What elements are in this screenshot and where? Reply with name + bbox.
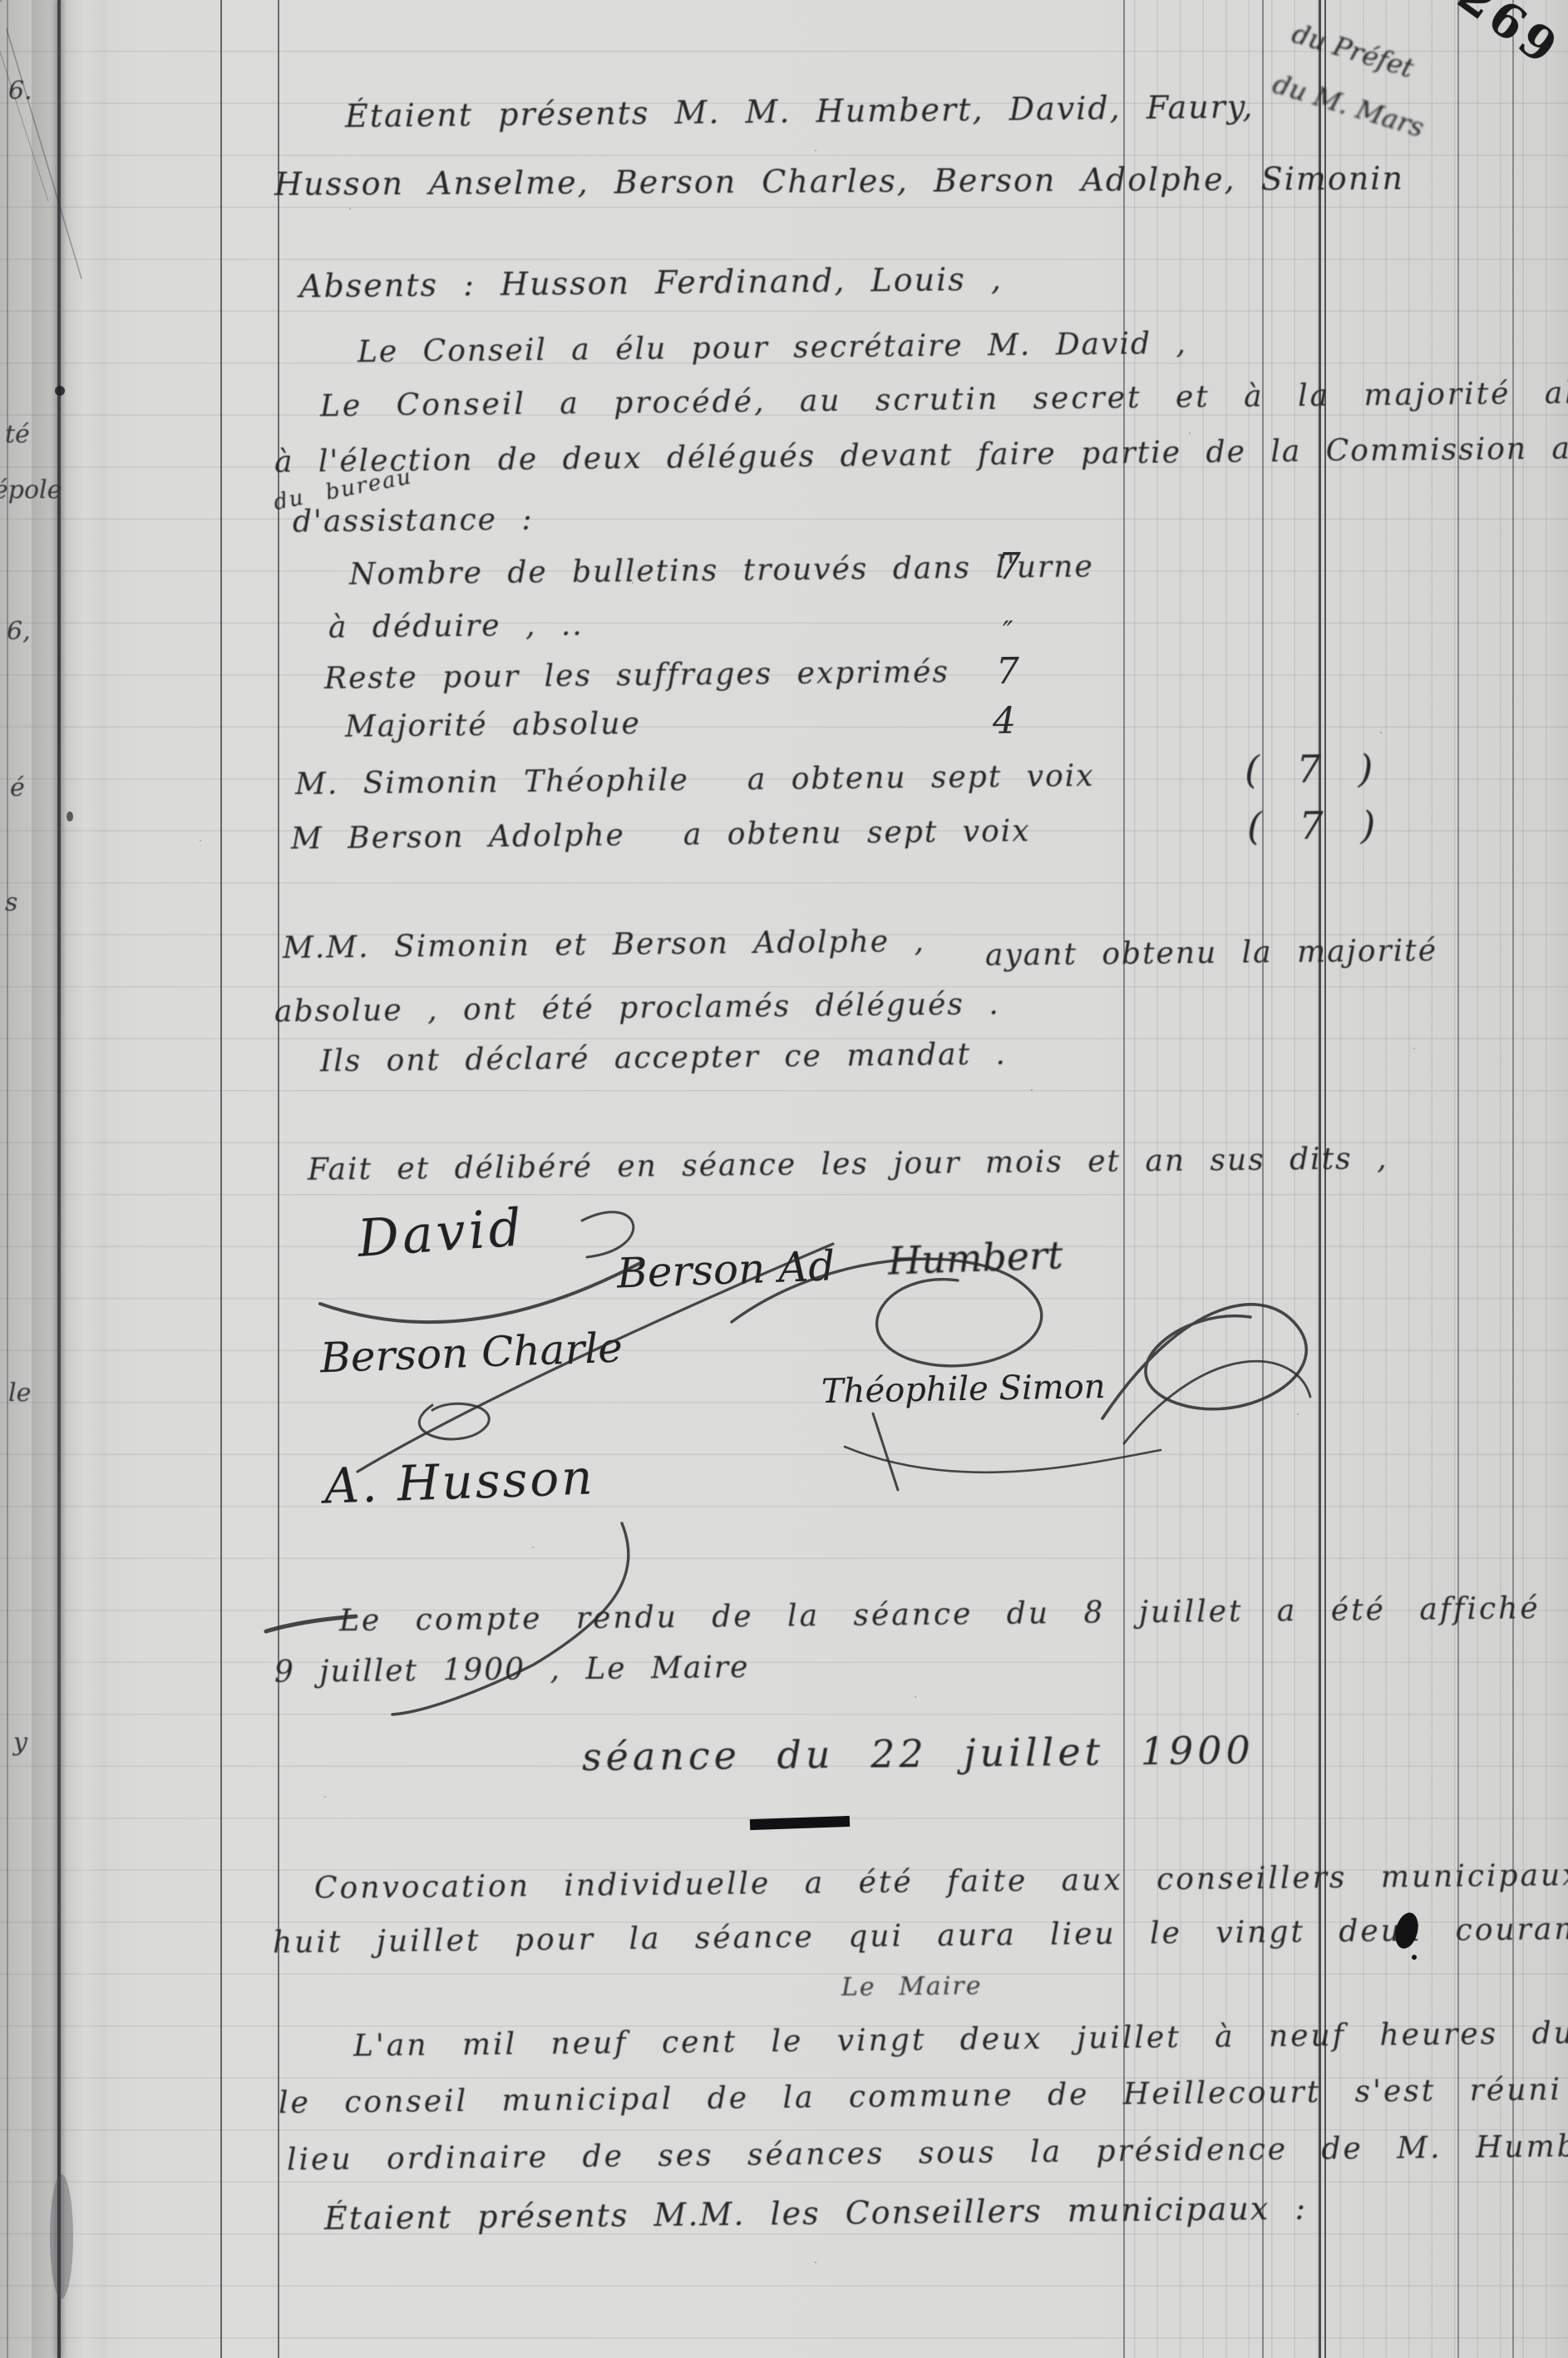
page-number: 269 [1447, 0, 1568, 77]
binding-crease [57, 0, 61, 2358]
manuscript-line-ballot-intro-1: Le Conseil a procédé, au scrutin secret … [320, 372, 1568, 424]
tally-value-majorite: 4 [993, 700, 1018, 742]
signature-flourish-berson-charles [419, 1403, 489, 1439]
manuscript-line-present-2: Husson Anselme, Berson Charles, Berson A… [274, 160, 1404, 202]
signature-berson-adolphe: Berson Ad [616, 1241, 836, 1297]
manuscript-line-secretary: Le Conseil a élu pour secrétaire M. Davi… [357, 327, 1187, 369]
manuscript-line-opening-2: le conseil municipal de la commune de He… [279, 2071, 1568, 2120]
right-double-rule-b [1324, 0, 1326, 2358]
tally-value-reste: 7 [996, 650, 1022, 693]
candidate-name: M. Simonin Théophile [295, 763, 689, 802]
tally-label-reste: Reste pour les suffrages exprimés [324, 655, 949, 696]
ink-blot-satellite [1412, 1955, 1417, 1960]
right-column-rule-4 [1512, 0, 1514, 2358]
manuscript-line-posting-2: 9 juillet 1900 , Le Maire [274, 1650, 750, 1690]
signature-flourish-david [320, 1262, 642, 1322]
signature-theophile-simonin: Théophile Simon [821, 1368, 1106, 1411]
result-line-simonin: M. Simonin Théophilea obtenu sept voix [295, 759, 1095, 802]
signature-david: David [356, 1196, 527, 1269]
margin-fragment: 6, [7, 617, 31, 646]
tally-label-deduire: à déduire , .. [328, 608, 584, 644]
result-text: a obtenu sept voix [747, 759, 1095, 797]
signature-berson-charles: Berson Charle [319, 1324, 624, 1383]
left-margin-rule-1 [220, 0, 222, 2358]
result-votes-berson: ( 7 ) [1247, 802, 1388, 849]
tally-value-deduire: ″ [1003, 615, 1015, 649]
margin-note-line1: du Préfet [1289, 17, 1418, 84]
signature-paraph-scribble [1102, 1305, 1306, 1418]
paper-specks [0, 0, 2, 2]
result-votes-simonin: ( 7 ) [1245, 746, 1385, 792]
binding-shadow [32, 0, 106, 2358]
manuscript-line-opening-4: Étaient présents M.M. les Conseillers mu… [324, 2190, 1308, 2237]
manuscript-line-absents: Absents : Husson Ferdinand, Louis , [299, 261, 1003, 305]
result-line-berson: M Berson Adolphea obtenu sept voix [291, 814, 1031, 856]
manuscript-line-proclamation-2: absolue , ont été proclamés délégués . [274, 987, 1000, 1029]
margin-fragment: 6. [8, 76, 32, 106]
margin-fragment: é [10, 773, 25, 802]
right-double-rule-a [1319, 0, 1321, 2358]
signature-humbert: Humbert [887, 1232, 1063, 1283]
manuscript-line-proclamation-1: M.M. Simonin et Berson Adolphe , [283, 925, 925, 965]
manuscript-line-ballot-intro-2: à l'élection de deux délégués devant fai… [274, 429, 1568, 479]
right-column-rule-2 [1262, 0, 1264, 2358]
tally-label-bulletins: Nombre de bulletins trouvés dans l'urne [349, 550, 1094, 591]
heading-underline [750, 1816, 850, 1830]
left-margin-rule-2 [278, 0, 279, 2358]
margin-fragment: y [13, 1728, 27, 1757]
tally-label-majorite: Majorité absolue [345, 707, 641, 744]
margin-fragment: le [8, 1379, 31, 1408]
signature-paraph-scribble [1124, 1361, 1310, 1443]
manuscript-line-posting-1: Le compte rendu de la séance du 8 juille… [339, 1589, 1568, 1638]
signature-a-husson: A. Husson [323, 1448, 596, 1514]
signature-flourish-theophile [845, 1447, 1161, 1473]
manuscript-line-closing: Fait et délibéré en séance les jour mois… [308, 1142, 1388, 1187]
manuscript-line-acceptance: Ils ont déclaré accepter ce mandat . [320, 1038, 1007, 1079]
manuscript-line-convocation-1: Convocation individuelle a été faite aux… [314, 1857, 1568, 1906]
result-text: a obtenu sept voix [683, 814, 1031, 851]
manuscript-line-opening-1: L'an mil neuf cent le vingt deux juillet… [353, 2015, 1568, 2063]
manuscript-le-maire: Le Maire [841, 1971, 983, 2002]
manuscript-line-ballot-intro-3: d'assistance : [293, 502, 534, 539]
signature-flourish-theophile [873, 1413, 898, 1490]
right-column-rule-3 [1457, 0, 1459, 2358]
manuscript-line-opening-3: lieu ordinaire de ses séances sous la pr… [287, 2127, 1568, 2177]
candidate-name: M Berson Adolphe [291, 818, 625, 856]
session-heading: séance du 22 juillet 1900 [582, 1728, 1255, 1779]
register-page: 269 du Préfet du M. Mars 6. té épole 6, … [0, 0, 1568, 2358]
manuscript-line-proclamation-1b: ayant obtenu la majorité [985, 934, 1437, 973]
tally-value-bulletins: 7 [998, 545, 1023, 588]
manuscript-line-present-1: Étaient présents M. M. Humbert, David, F… [345, 88, 1255, 134]
left-page-edge-line [7, 0, 8, 2358]
margin-fragment: épole [0, 476, 62, 505]
margin-fragment: s [5, 888, 17, 917]
manuscript-line-convocation-2: huit juillet pour la séance qui aura lie… [273, 1912, 1568, 1961]
margin-fragment: té [5, 420, 30, 449]
